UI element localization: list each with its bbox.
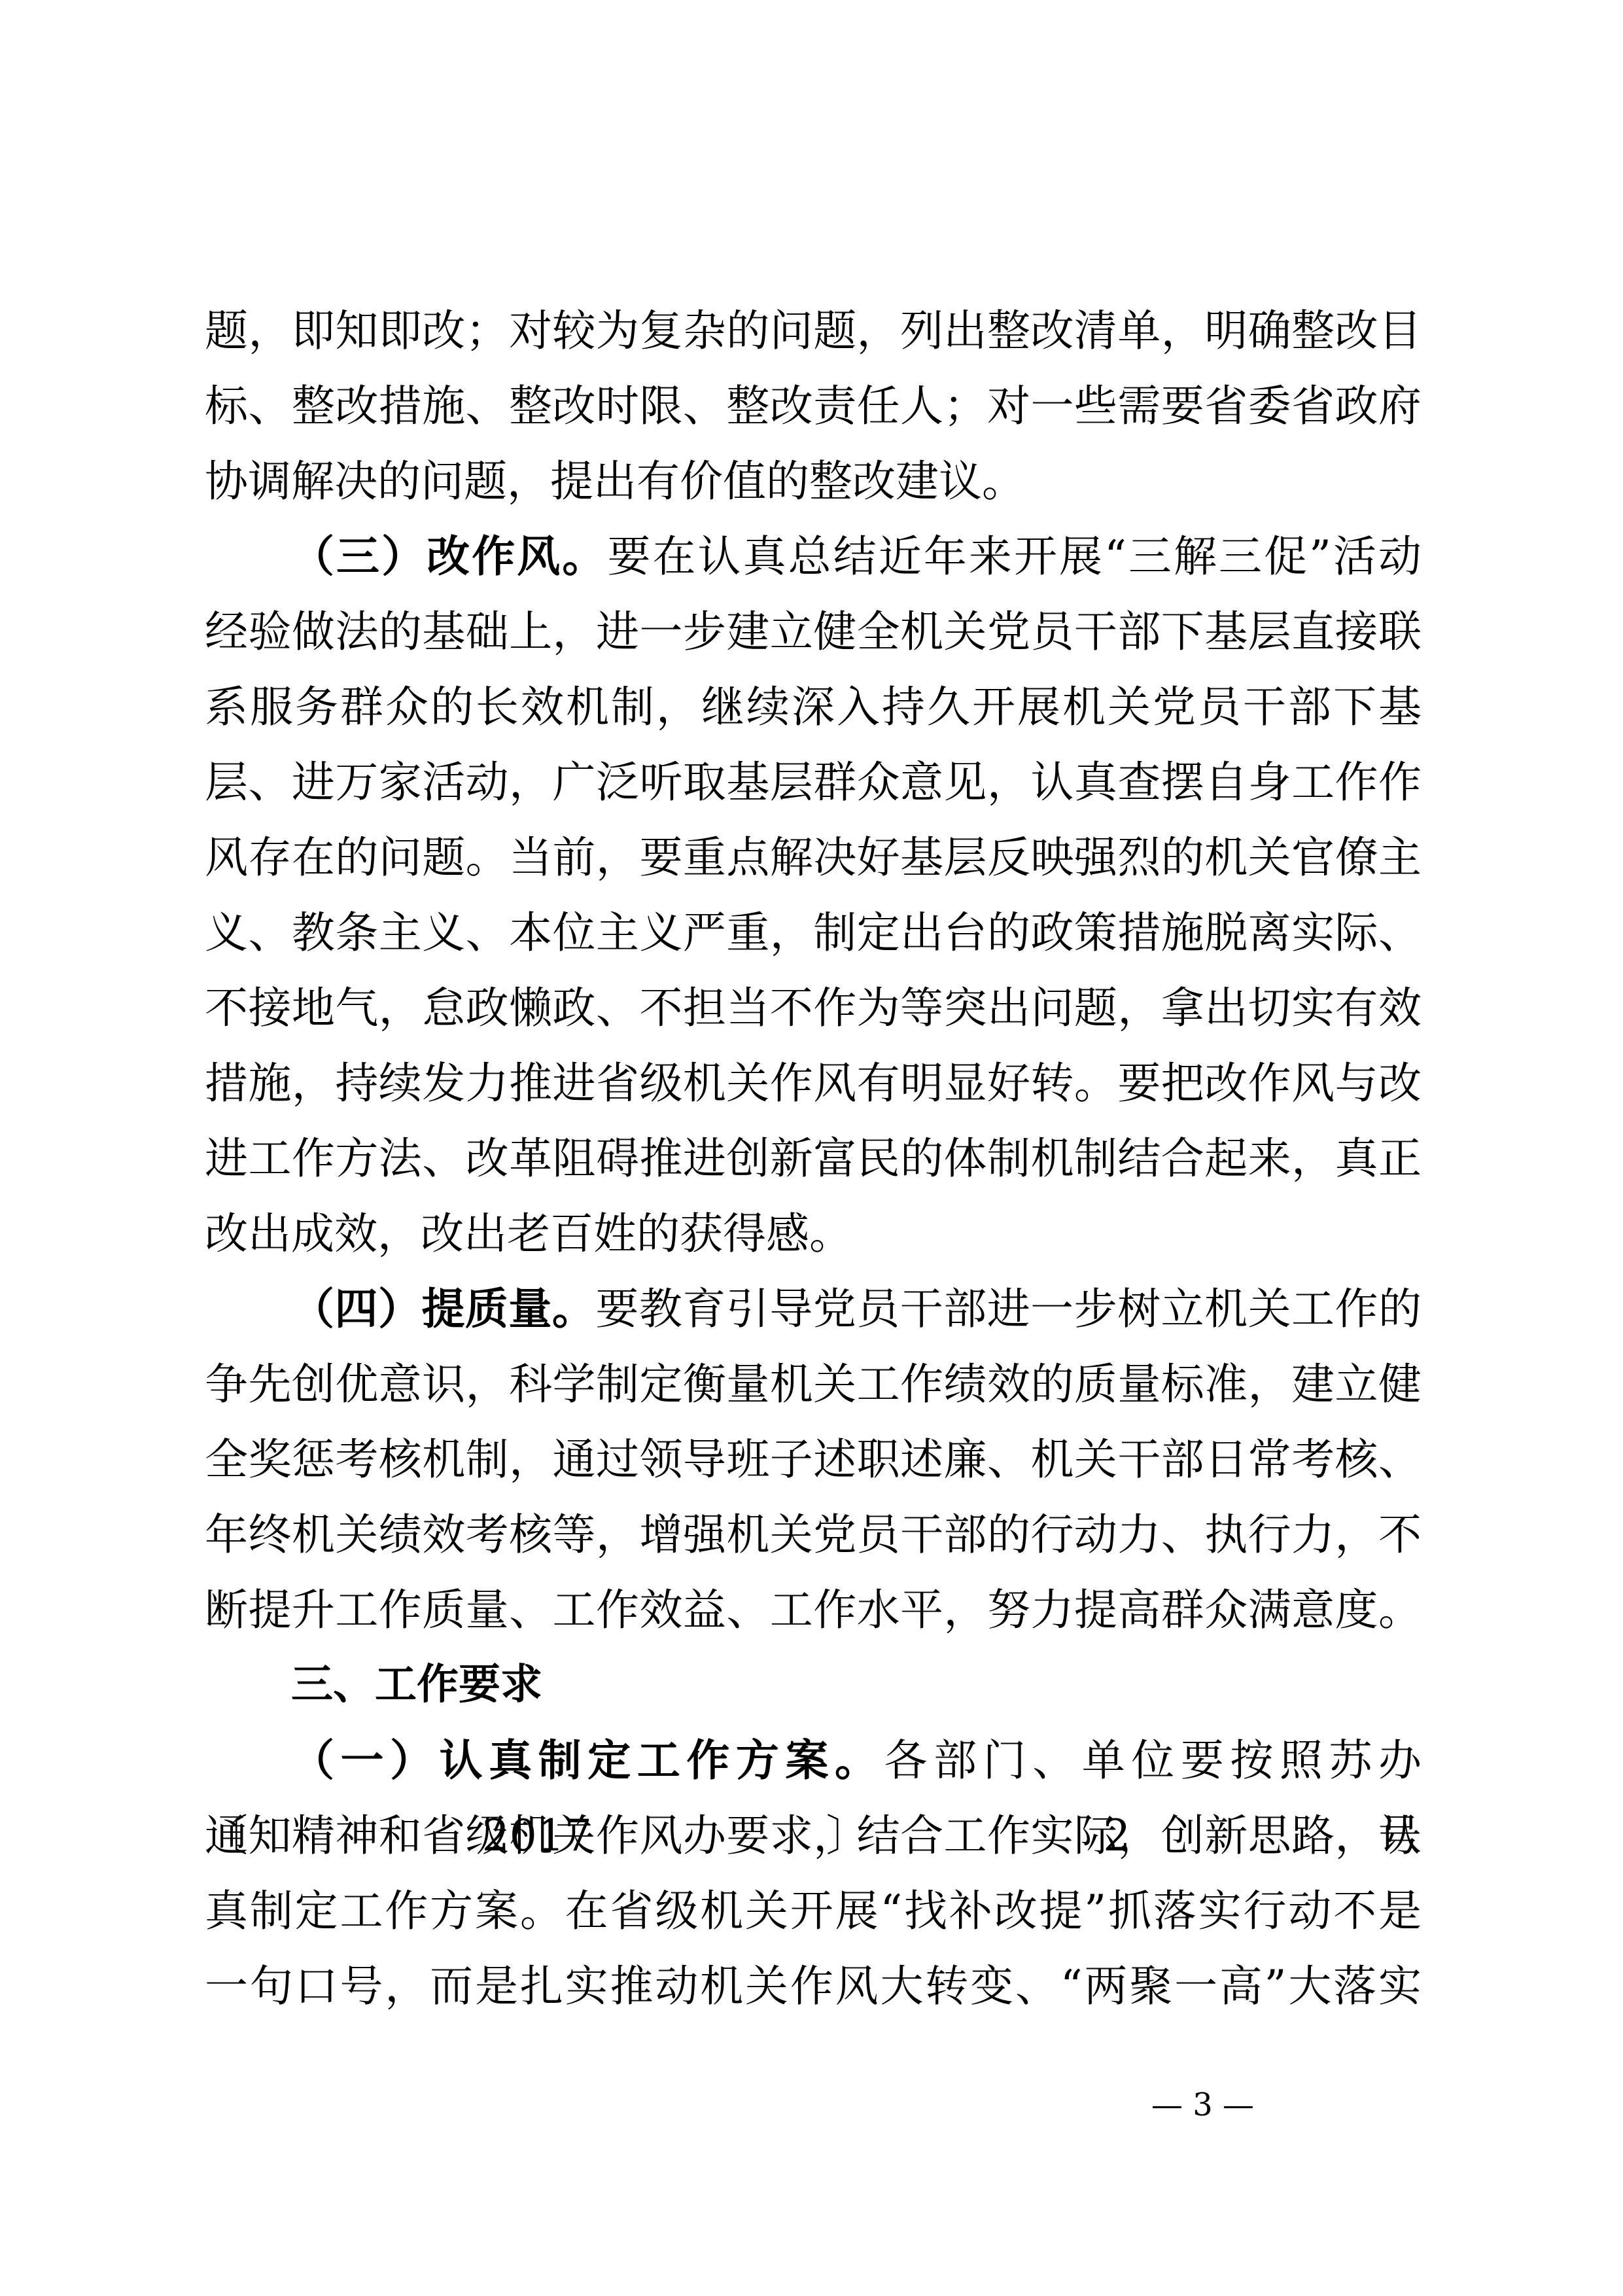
line-text: 年终机关绩效考核等，增强机关党员干部的行动力、执行力，不	[205, 1510, 1422, 1560]
text-line: 进工作方法、改革阻碍推进创新富民的体制机制结合起来，真正	[205, 1121, 1422, 1196]
line-text: 全奖惩考核机制，通过领导班子述职述廉、机关干部日常考核、	[205, 1434, 1422, 1485]
line-text: 层、进万家活动，广泛听取基层群众意见，认真查摆自身工作作	[205, 757, 1422, 807]
line-text: 真制定工作方案。在省级机关开展“找补改提”抓落实行动不是	[205, 1886, 1422, 1936]
text-line: 措施，持续发力推进省级机关作风有明显好转。要把改作风与改	[205, 1046, 1422, 1121]
text-line: 义、教条主义、本位主义严重，制定出台的政策措施脱离实际、	[205, 895, 1422, 970]
paragraph-lead: （一）认真制定工作方案。	[291, 1735, 884, 1786]
line-text: 不接地气，怠政懒政、不担当不作为等突出问题，拿出切实有效	[205, 983, 1422, 1033]
text-line: 系服务群众的长效机制，继续深入持久开展机关党员干部下基	[205, 669, 1422, 745]
text-line: 风存在的问题。当前，要重点解决好基层反映强烈的机关官僚主	[205, 820, 1422, 895]
line-text: 义、教条主义、本位主义严重，制定出台的政策措施脱离实际、	[205, 908, 1422, 958]
text-line: 标、整改措施、整改时限、整改责任人；对一些需要省委省政府	[205, 368, 1422, 444]
line-text: 通知精神和省级机关作风办要求，结合工作实际，创新思路，认	[205, 1810, 1422, 1861]
line-text: 标、整改措施、整改时限、整改责任人；对一些需要省委省政府	[205, 381, 1422, 431]
text-line: （一）认真制定工作方案。各部门、单位要按照苏办〔2017〕2 号	[205, 1723, 1422, 1798]
text-line: 题，即知即改；对较为复杂的问题，列出整改清单，明确整改目	[205, 293, 1422, 368]
line-text: 风存在的问题。当前，要重点解决好基层反映强烈的机关官僚主	[205, 832, 1422, 883]
paragraph-lead: （三）改作风。	[291, 531, 607, 582]
page-number: — 3 —	[1151, 2087, 1254, 2123]
line-text: 争先创优意识，科学制定衡量机关工作绩效的质量标准，建立健	[205, 1359, 1422, 1409]
text-line: 不接地气，怠政懒政、不担当不作为等突出问题，拿出切实有效	[205, 970, 1422, 1046]
text-line: 断提升工作质量、工作效益、工作水平，努力提高群众满意度。	[205, 1572, 1422, 1648]
line-text: 改出成效，改出老百姓的获得感。	[205, 1209, 852, 1259]
paragraph-lead: （四）提质量。	[291, 1283, 595, 1334]
line-text: 要教育引导党员干部进一步树立机关工作的	[595, 1284, 1422, 1334]
text-line: （三）改作风。要在认真总结近年来开展“三解三促”活动	[205, 519, 1422, 594]
text-line: 通知精神和省级机关作风办要求，结合工作实际，创新思路，认	[205, 1798, 1422, 1873]
text-line: 经验做法的基础上，进一步建立健全机关党员干部下基层直接联	[205, 594, 1422, 669]
line-text: 三、工作要求	[291, 1661, 542, 1709]
text-line: （四）提质量。要教育引导党员干部进一步树立机关工作的	[205, 1271, 1422, 1347]
document-body: 题，即知即改；对较为复杂的问题，列出整改清单，明确整改目 标、整改措施、整改时限…	[205, 293, 1422, 2024]
text-line: 改出成效，改出老百姓的获得感。	[205, 1196, 1422, 1271]
text-line: 争先创优意识，科学制定衡量机关工作绩效的质量标准，建立健	[205, 1347, 1422, 1422]
section-heading: 三、工作要求	[205, 1648, 1422, 1723]
line-text: 断提升工作质量、工作效益、工作水平，努力提高群众满意度。	[205, 1585, 1422, 1635]
text-line: 全奖惩考核机制，通过领导班子述职述廉、机关干部日常考核、	[205, 1422, 1422, 1497]
text-line: 一句口号，而是扎实推动机关作风大转变、“两聚一高”大落实	[205, 1949, 1422, 2024]
text-line: 层、进万家活动，广泛听取基层群众意见，认真查摆自身工作作	[205, 745, 1422, 820]
line-text: 要在认真总结近年来开展“三解三促”活动	[607, 531, 1422, 582]
line-text: 系服务群众的长效机制，继续深入持久开展机关党员干部下基	[205, 682, 1422, 732]
line-text: 进工作方法、改革阻碍推进创新富民的体制机制结合起来，真正	[205, 1133, 1422, 1184]
text-line: 真制定工作方案。在省级机关开展“找补改提”抓落实行动不是	[205, 1873, 1422, 1949]
line-text: 经验做法的基础上，进一步建立健全机关党员干部下基层直接联	[205, 607, 1422, 657]
text-line: 协调解决的问题，提出有价值的整改建议。	[205, 444, 1422, 519]
line-text: 协调解决的问题，提出有价值的整改建议。	[205, 456, 1025, 506]
line-text: 措施，持续发力推进省级机关作风有明显好转。要把改作风与改	[205, 1058, 1422, 1108]
text-line: 年终机关绩效考核等，增强机关党员干部的行动力、执行力，不	[205, 1497, 1422, 1572]
document-page: 题，即知即改；对较为复杂的问题，列出整改清单，明确整改目 标、整改措施、整改时限…	[0, 0, 1623, 2296]
line-text: 题，即知即改；对较为复杂的问题，列出整改清单，明确整改目	[205, 306, 1422, 356]
line-text: 一句口号，而是扎实推动机关作风大转变、“两聚一高”大落实	[205, 1961, 1422, 2011]
